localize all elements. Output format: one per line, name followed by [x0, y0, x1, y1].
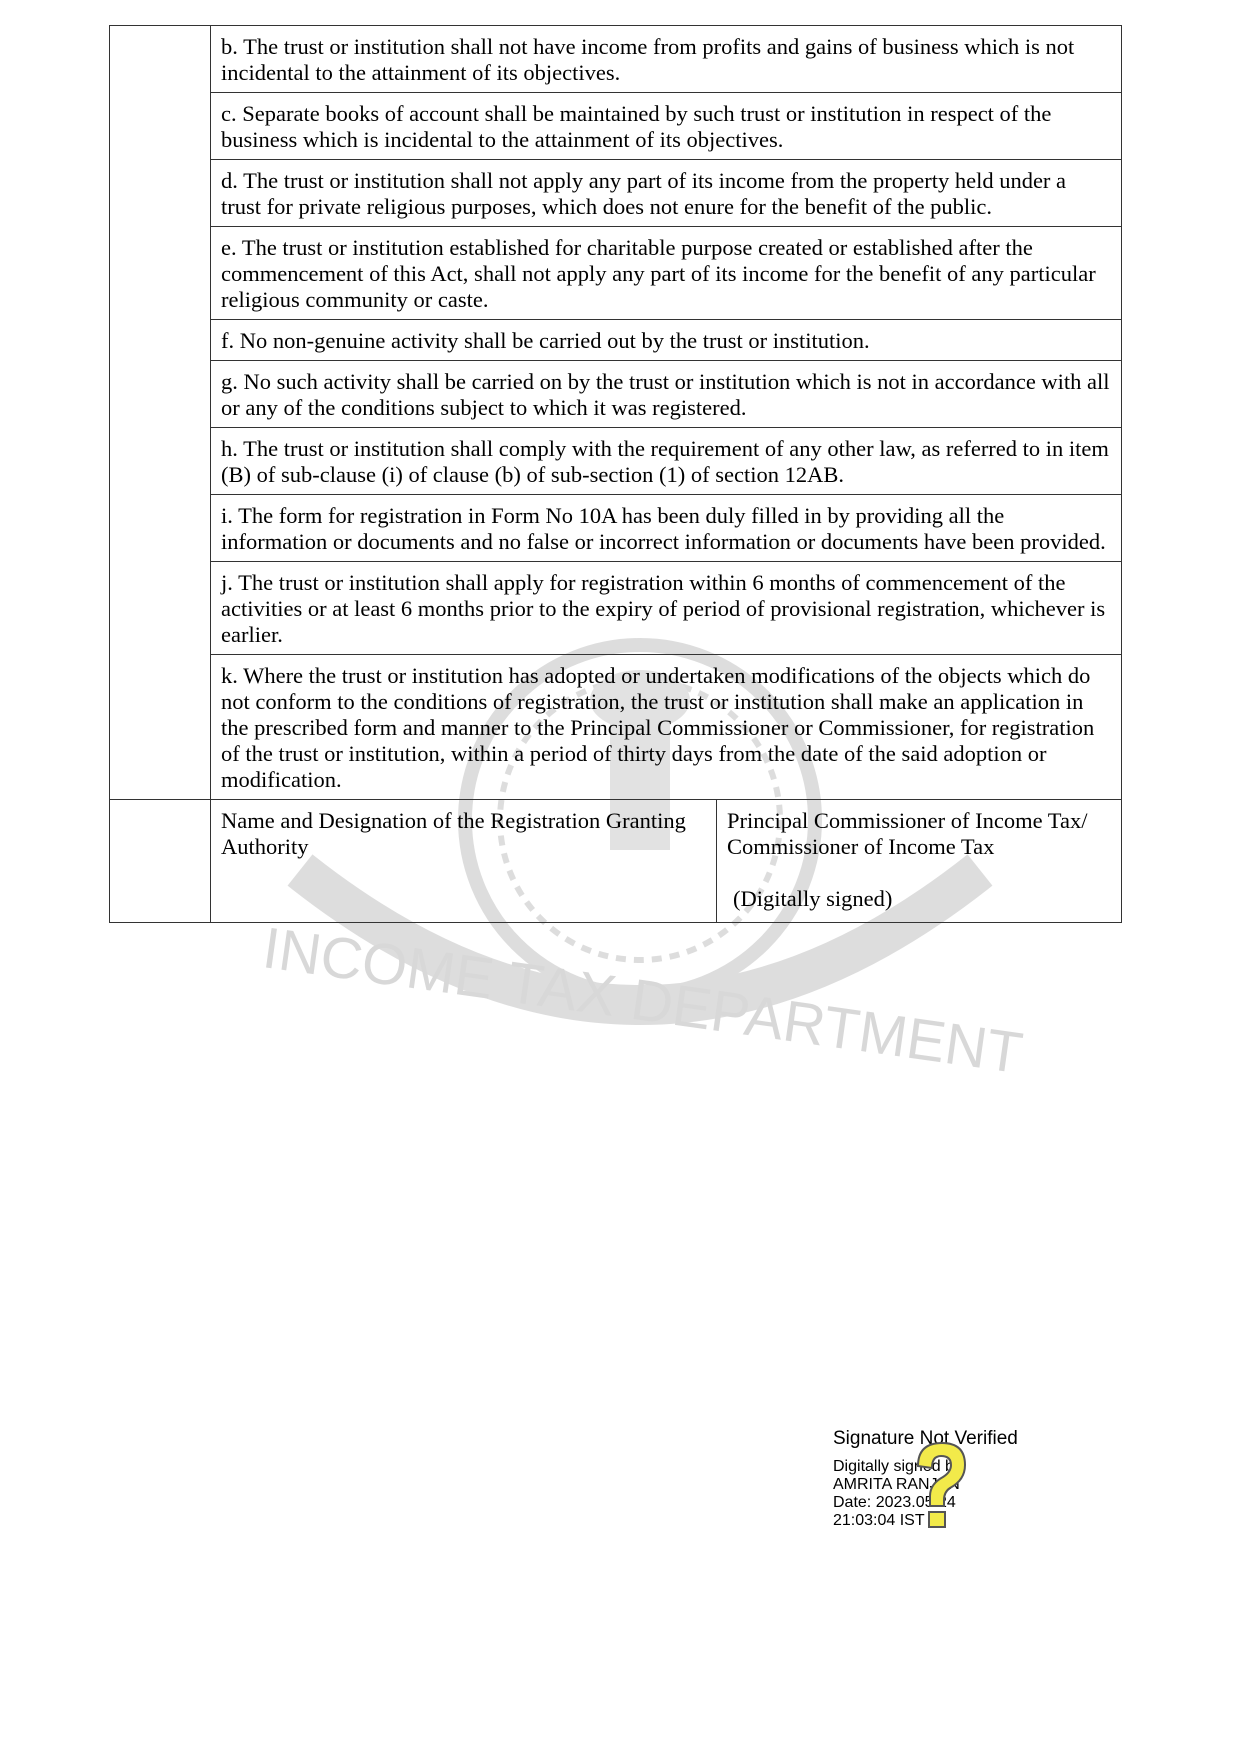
condition-row: k. Where the trust or institution has ad…: [110, 655, 1122, 800]
condition-text: c. Separate books of account shall be ma…: [211, 93, 1122, 160]
authority-label: Name and Designation of the Registration…: [211, 800, 717, 923]
condition-text: g. No such activity shall be carried on …: [211, 361, 1122, 428]
condition-text: j. The trust or institution shall apply …: [211, 562, 1122, 655]
condition-row: e. The trust or institution established …: [110, 227, 1122, 320]
condition-row: d. The trust or institution shall not ap…: [110, 160, 1122, 227]
condition-row: g. No such activity shall be carried on …: [110, 361, 1122, 428]
condition-text: h. The trust or institution shall comply…: [211, 428, 1122, 495]
condition-text: f. No non-genuine activity shall be carr…: [211, 320, 1122, 361]
condition-row: b. The trust or institution shall not ha…: [110, 26, 1122, 93]
condition-text: i. The form for registration in Form No …: [211, 495, 1122, 562]
authority-designation: Principal Commissioner of Income Tax/ Co…: [727, 808, 1111, 860]
document-page: INCOME TAX DEPARTMENT b. The trust or in…: [0, 0, 1240, 1755]
svg-text:INCOME TAX DEPARTMENT: INCOME TAX DEPARTMENT: [259, 915, 1026, 1086]
condition-text: e. The trust or institution established …: [211, 227, 1122, 320]
condition-row: j. The trust or institution shall apply …: [110, 562, 1122, 655]
empty-cell: [110, 26, 211, 800]
condition-row: f. No non-genuine activity shall be carr…: [110, 320, 1122, 361]
question-mark-icon: [910, 1438, 970, 1533]
condition-row: c. Separate books of account shall be ma…: [110, 93, 1122, 160]
conditions-table: b. The trust or institution shall not ha…: [109, 25, 1122, 923]
condition-text: d. The trust or institution shall not ap…: [211, 160, 1122, 227]
condition-row: i. The form for registration in Form No …: [110, 495, 1122, 562]
authority-value: Principal Commissioner of Income Tax/ Co…: [717, 800, 1122, 923]
condition-row: h. The trust or institution shall comply…: [110, 428, 1122, 495]
condition-text: k. Where the trust or institution has ad…: [211, 655, 1122, 800]
authority-row: Name and Designation of the Registration…: [110, 800, 1122, 923]
digitally-signed-note: (Digitally signed): [727, 886, 1111, 912]
condition-text: b. The trust or institution shall not ha…: [211, 26, 1122, 93]
empty-cell: [110, 800, 211, 923]
